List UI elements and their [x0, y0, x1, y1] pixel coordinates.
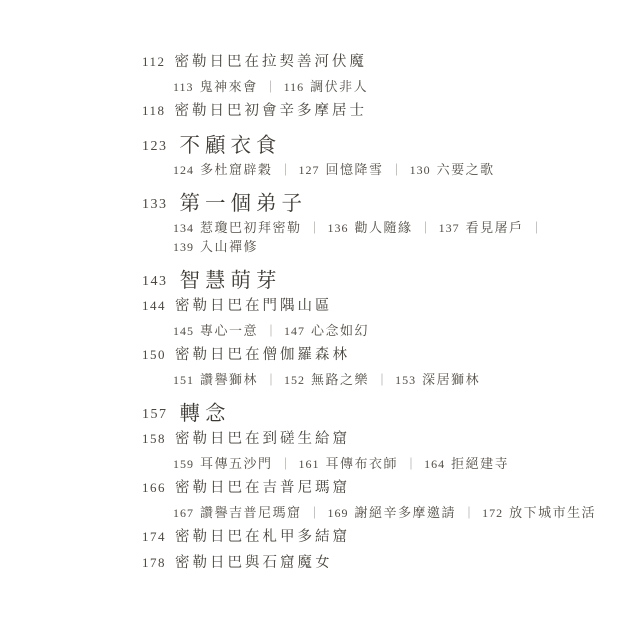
toc-chapter-line: 144密勒日巴在門隅山區 [142, 296, 596, 316]
toc-chapter-line: 118密勒日巴初會辛多摩居士 [142, 101, 596, 121]
toc-subentry-line: 124多杜窟辟穀｜127回憶降雪｜130六要之歌 [173, 161, 596, 179]
separator: ｜ [463, 506, 475, 520]
separator: ｜ [531, 221, 543, 235]
subentry-title: 看見屠戶 [466, 220, 524, 235]
subentry-title: 拒絕建寺 [451, 456, 509, 471]
separator: ｜ [265, 80, 277, 94]
separator: ｜ [420, 221, 432, 235]
section-title: 不顧衣食 [180, 135, 282, 157]
separator: ｜ [280, 163, 292, 177]
subentry-page-number: 145 [173, 324, 194, 338]
subentry-title: 專心一意 [200, 323, 258, 338]
subentry-title: 讚譽吉普尼瑪窟 [200, 505, 302, 520]
subentry-title: 惹瓊巴初拜密勒 [200, 220, 302, 235]
section-page-number: 157 [142, 407, 168, 422]
toc-chapter-line: 158密勒日巴在到磋生給窟 [142, 429, 596, 449]
subentry-title: 謝絕辛多摩邀請 [355, 505, 457, 520]
chapter-page-number: 178 [142, 555, 166, 570]
toc-section-heading: 143智慧萌芽 [142, 268, 596, 295]
subentry-page-number: 147 [284, 324, 305, 338]
subentry-page-number: 137 [439, 221, 460, 235]
subentry-title: 多杜窟辟穀 [200, 162, 273, 177]
subentry-page-number: 152 [284, 373, 305, 387]
subentry-title: 耳傳五沙門 [200, 456, 273, 471]
chapter-page-number: 112 [142, 54, 166, 69]
toc-chapter-line: 150密勒日巴在僧伽羅森林 [142, 345, 596, 365]
section-title: 智慧萌芽 [180, 270, 282, 292]
subentry-page-number: 164 [424, 457, 445, 471]
chapter-page-number: 174 [142, 529, 166, 544]
toc-chapter-line: 178密勒日巴與石窟魔女 [142, 553, 596, 573]
subentry-page-number: 134 [173, 221, 194, 235]
subentry-page-number: 153 [395, 373, 416, 387]
subentry-page-number: 139 [173, 240, 194, 254]
toc-chapter-line: 174密勒日巴在札甲多結窟 [142, 527, 596, 547]
toc-subentry-line: 167讚譽吉普尼瑪窟｜169謝絕辛多摩邀請｜172放下城市生活 [173, 504, 596, 522]
toc-subentry-line: 159耳傳五沙門｜161耳傳布衣師｜164拒絕建寺 [173, 455, 596, 473]
separator: ｜ [280, 457, 292, 471]
subentry-title: 回憶降雪 [326, 162, 384, 177]
toc-subentry-line: 113鬼神來會｜116調伏非人 [173, 78, 596, 96]
chapter-page-number: 144 [142, 298, 166, 313]
chapter-page-number: 150 [142, 347, 166, 362]
separator: ｜ [405, 457, 417, 471]
chapter-title: 密勒日巴初會辛多摩居士 [175, 103, 368, 119]
subentry-title: 入山禪修 [200, 239, 258, 254]
chapter-page-number: 118 [142, 103, 166, 118]
separator: ｜ [265, 324, 277, 338]
section-page-number: 123 [142, 139, 168, 154]
chapter-title: 密勒日巴在札甲多結窟 [175, 529, 350, 545]
separator: ｜ [376, 373, 388, 387]
toc-section-heading: 123不顧衣食 [142, 133, 596, 160]
toc-chapter-line: 112密勒日巴在拉契善河伏魔 [142, 52, 596, 72]
chapter-title: 密勒日巴在門隅山區 [175, 298, 333, 314]
subentry-title: 深居獅林 [422, 372, 480, 387]
separator: ｜ [391, 163, 403, 177]
section-title: 轉念 [180, 403, 231, 425]
subentry-page-number: 167 [173, 506, 194, 520]
subentry-page-number: 161 [299, 457, 320, 471]
subentry-page-number: 130 [410, 163, 431, 177]
subentry-page-number: 136 [328, 221, 349, 235]
chapter-title: 密勒日巴與石窟魔女 [175, 555, 333, 571]
subentry-title: 放下城市生活 [509, 505, 596, 520]
toc-section-heading: 133第一個弟子 [142, 191, 596, 218]
subentry-page-number: 124 [173, 163, 194, 177]
separator: ｜ [265, 373, 277, 387]
subentry-title: 調伏非人 [310, 79, 368, 94]
subentry-title: 勸人隨緣 [355, 220, 413, 235]
subentry-title: 讚譽獅林 [200, 372, 258, 387]
subentry-page-number: 151 [173, 373, 194, 387]
toc-subentry-line: 145專心一意｜147心念如幻 [173, 322, 596, 340]
chapter-page-number: 166 [142, 480, 166, 495]
toc-page: 112密勒日巴在拉契善河伏魔 113鬼神來會｜116調伏非人 118密勒日巴初會… [0, 0, 640, 640]
toc-subentry-line: 134惹瓊巴初拜密勒｜136勸人隨緣｜137看見屠戶｜ [173, 219, 596, 237]
subentry-title: 無路之樂 [311, 372, 369, 387]
subentry-page-number: 159 [173, 457, 194, 471]
subentry-page-number: 169 [328, 506, 349, 520]
separator: ｜ [309, 221, 321, 235]
toc-subentry-line: 139入山禪修 [173, 238, 596, 256]
toc-chapter-line: 166密勒日巴在吉普尼瑪窟 [142, 478, 596, 498]
section-page-number: 133 [142, 197, 168, 212]
subentry-title: 心念如幻 [311, 323, 369, 338]
toc-content: 112密勒日巴在拉契善河伏魔 113鬼神來會｜116調伏非人 118密勒日巴初會… [142, 52, 596, 579]
subentry-page-number: 116 [284, 80, 305, 94]
subentry-page-number: 172 [482, 506, 503, 520]
chapter-title: 密勒日巴在僧伽羅森林 [175, 347, 350, 363]
subentry-page-number: 127 [299, 163, 320, 177]
separator: ｜ [309, 506, 321, 520]
section-page-number: 143 [142, 274, 168, 289]
subentry-title: 鬼神來會 [200, 79, 258, 94]
chapter-title: 密勒日巴在拉契善河伏魔 [175, 54, 368, 70]
chapter-title: 密勒日巴在吉普尼瑪窟 [175, 480, 350, 496]
subentry-title: 六要之歌 [437, 162, 495, 177]
toc-subentry-line: 151讚譽獅林｜152無路之樂｜153深居獅林 [173, 371, 596, 389]
chapter-page-number: 158 [142, 431, 166, 446]
section-title: 第一個弟子 [180, 193, 308, 215]
chapter-title: 密勒日巴在到磋生給窟 [175, 431, 350, 447]
subentry-title: 耳傳布衣師 [326, 456, 399, 471]
toc-section-heading: 157轉念 [142, 401, 596, 428]
subentry-page-number: 113 [173, 80, 194, 94]
